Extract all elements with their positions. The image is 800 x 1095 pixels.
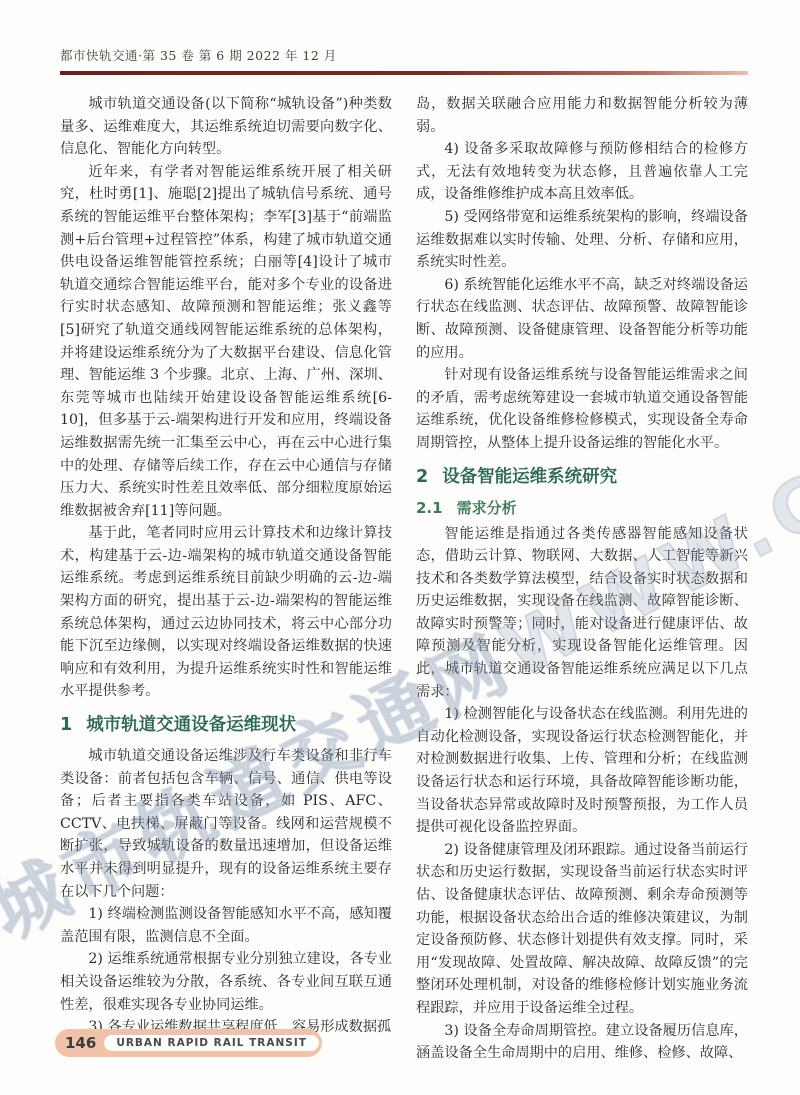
footer-badge: 146 URBAN RAPID RAIL TRANSIT xyxy=(55,1029,322,1057)
paragraph: 3) 设备全寿命周期管控。建立设备履历信息库，涵盖设备全生命周期中的启用、维修、… xyxy=(416,1020,748,1065)
page-number: 146 xyxy=(65,1034,96,1052)
paragraph: 4) 设备多采取故障修与预防修相结合的检修方式，无法有效地转变为状态修，且普遍依… xyxy=(416,138,748,206)
paragraph-continuation: 岛，数据关联融合应用能力和数据智能分析较为薄弱。 xyxy=(416,93,748,138)
paragraph: 6) 系统智能化运维水平不高，缺乏对终端设备运行状态在线监测、状态评估、故障预警… xyxy=(416,274,748,364)
right-column: 岛，数据关联融合应用能力和数据智能分析较为薄弱。 4) 设备多采取故障修与预防修… xyxy=(416,93,748,1065)
journal-issue-line: 都市快轨交通·第 35 卷 第 6 期 2022 年 12 月 xyxy=(60,46,748,64)
section-title: 城市轨道交通设备运维现状 xyxy=(86,715,296,735)
paragraph: 1) 终端检测监测设备智能感知水平不高，感知覆盖范围有限，监测信息不全面。 xyxy=(60,903,392,948)
section-2-1-heading: 2.1需求分析 xyxy=(416,497,748,519)
subsection-number: 2.1 xyxy=(416,499,443,517)
paragraph: 5) 受网络带宽和运维系统架构的影响，终端设备运维数据难以实时传输、处理、分析、… xyxy=(416,206,748,274)
paragraph: 2) 设备健康管理及闭环跟踪。通过设备当前运行状态和历史运行数据，实现设备当前运… xyxy=(416,839,748,1020)
section-1-heading: 1城市轨道交通设备运维现状 xyxy=(60,712,392,738)
journal-name-english: URBAN RAPID RAIL TRANSIT xyxy=(104,1035,319,1051)
paragraph: 城市轨道交通设备运维涉及行车类设备和非行车类设备：前者包括包含车辆、信号、通信、… xyxy=(60,745,392,903)
paragraph: 智能运维是指通过各类传感器智能感知设备状态，借助云计算、物联网、大数据、人工智能… xyxy=(416,523,748,704)
section-number: 1 xyxy=(60,715,72,735)
section-number: 2 xyxy=(416,467,428,487)
paragraph: 2) 运维系统通常根据专业分别独立建设，各专业相关设备运维较为分散，各系统、各专… xyxy=(60,948,392,1016)
paragraph: 城市轨道交通设备(以下简称“城轨设备”)种类数量多、运维难度大，其运维系统迫切需… xyxy=(60,93,392,161)
paragraph: 基于此，笔者同时应用云计算技术和边缘计算技术，构建基于云-边-端架构的城市轨道交… xyxy=(60,522,392,703)
paragraph: 近年来，有学者对智能运维系统开展了相关研究，杜时勇[1]、施聪[2]提出了城轨信… xyxy=(60,161,392,523)
paragraph: 1) 检测智能化与设备状态在线监测。利用先进的自动化检测设备，实现设备运行状态检… xyxy=(416,703,748,839)
page-footer: 146 URBAN RAPID RAIL TRANSIT xyxy=(55,1029,322,1057)
journal-page: 都市快轨交通·第 35 卷 第 6 期 2022 年 12 月 城市轨道交通网W… xyxy=(0,0,800,1095)
subsection-title: 需求分析 xyxy=(457,499,517,517)
section-2-heading: 2设备智能运维系统研究 xyxy=(416,464,748,490)
header-rule xyxy=(60,71,748,75)
left-column: 城市轨道交通设备(以下简称“城轨设备”)种类数量多、运维难度大，其运维系统迫切需… xyxy=(60,93,392,1065)
article-body: 城市轨道交通设备(以下简称“城轨设备”)种类数量多、运维难度大，其运维系统迫切需… xyxy=(60,93,748,1065)
section-title: 设备智能运维系统研究 xyxy=(442,467,617,487)
paragraph: 针对现有设备运维系统与设备智能运维需求之间的矛盾，需考虑统筹建设一套城市轨道交通… xyxy=(416,364,748,454)
page-header: 都市快轨交通·第 35 卷 第 6 期 2022 年 12 月 xyxy=(60,46,748,75)
